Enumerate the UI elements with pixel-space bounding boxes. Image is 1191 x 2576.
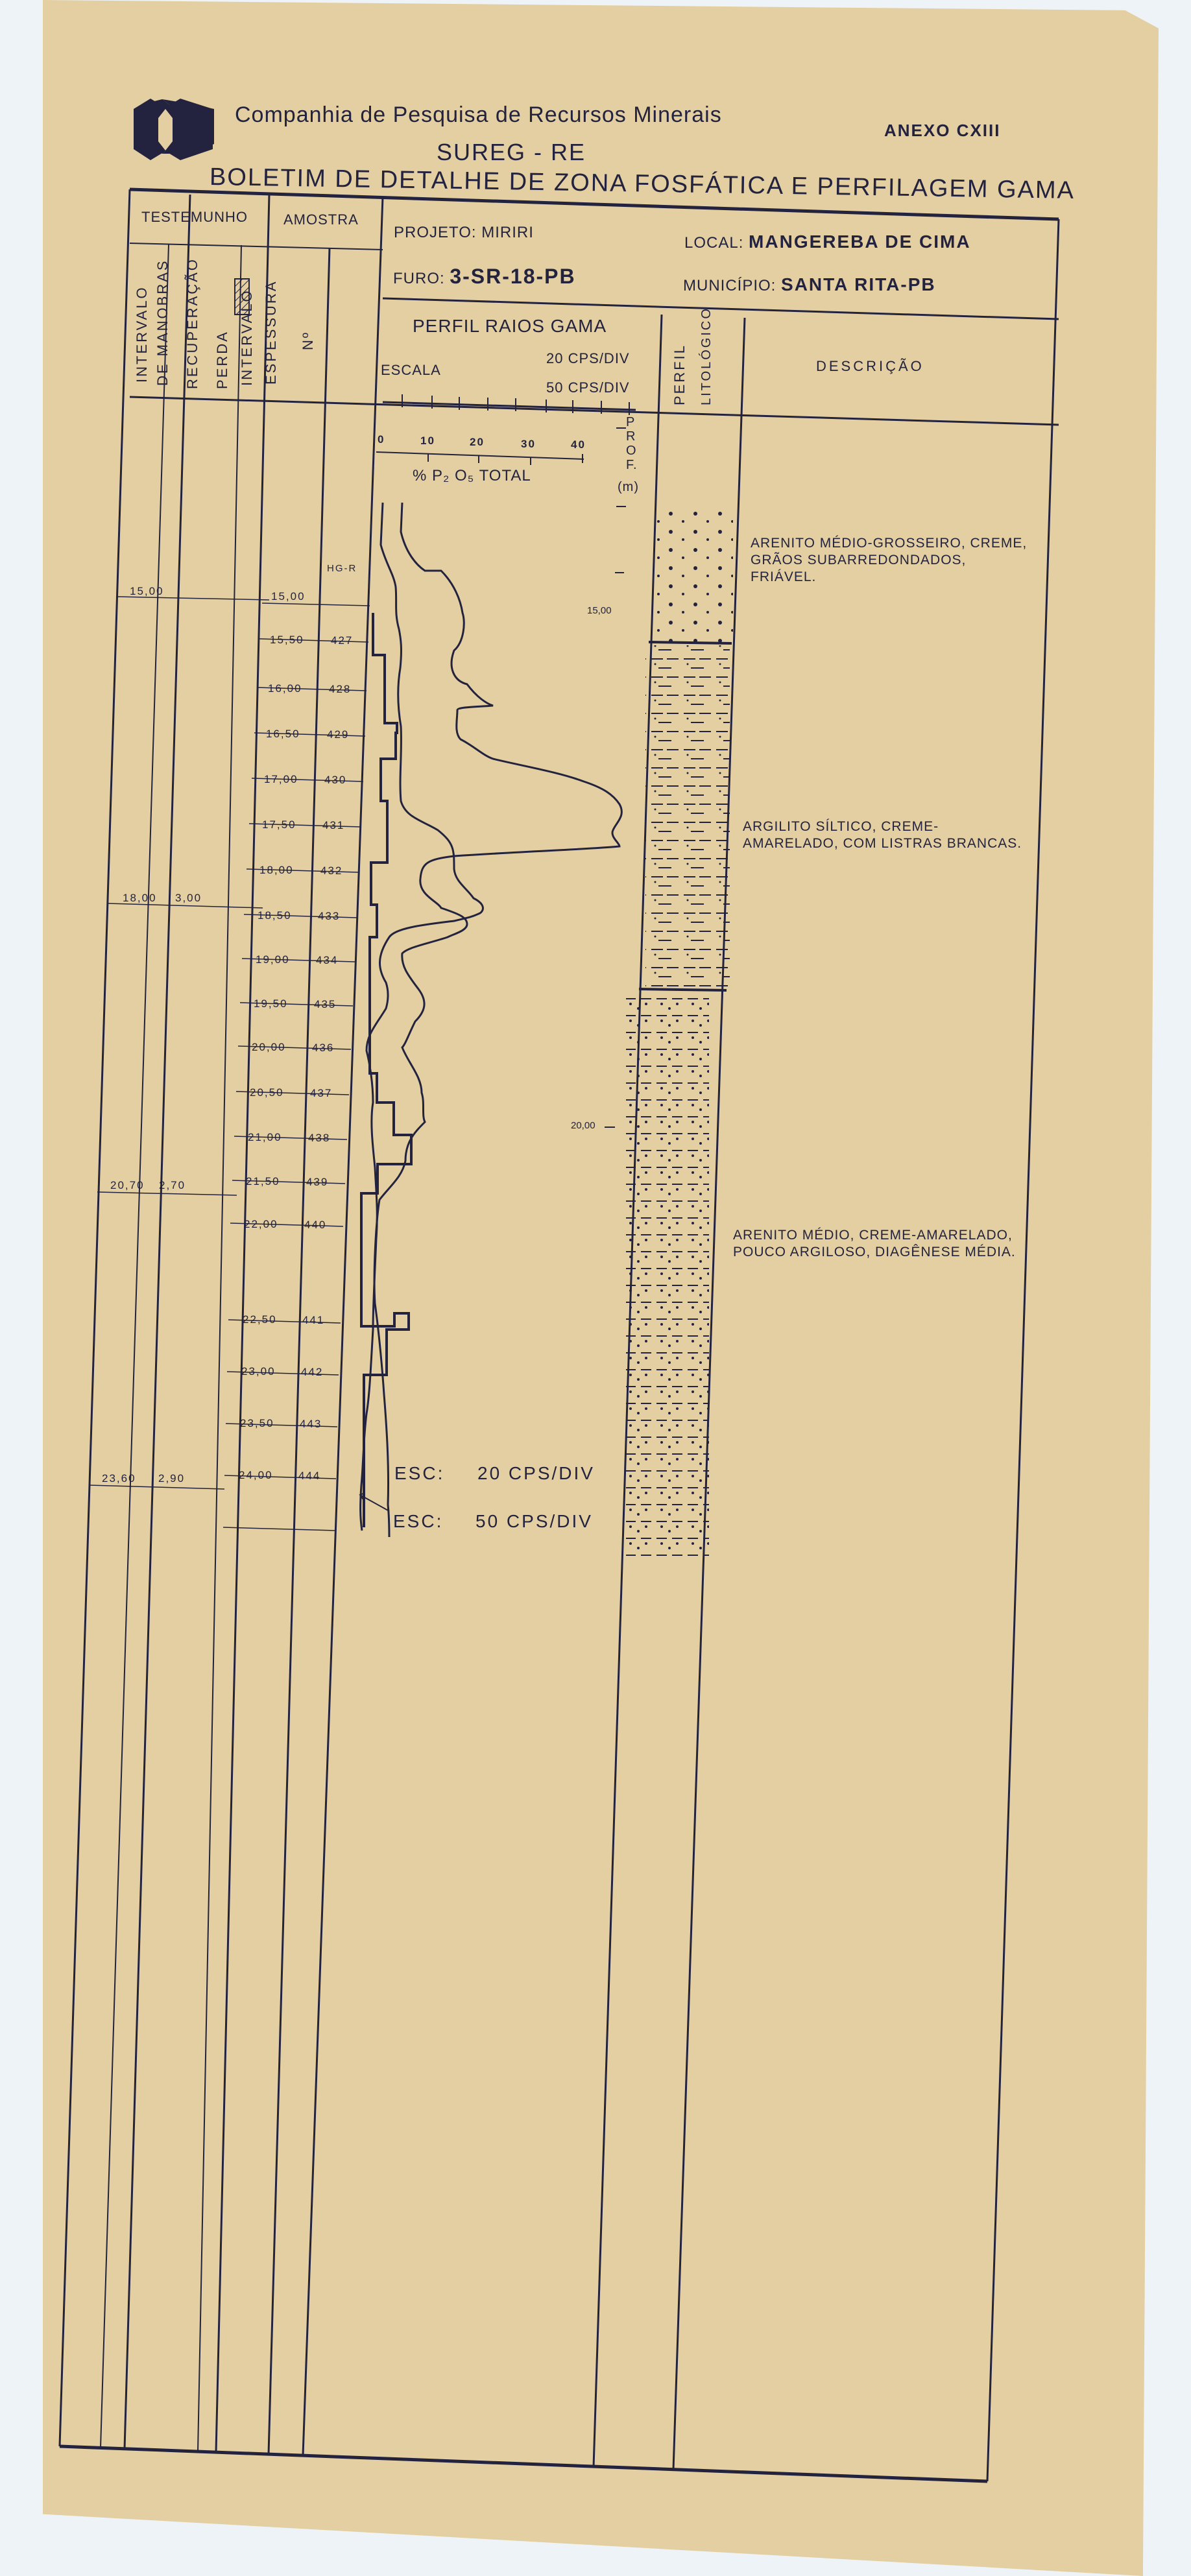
sample-depth: 18,50 bbox=[258, 909, 292, 922]
sample-no: 440 bbox=[304, 1219, 326, 1232]
depth-mark-20: 20,00 bbox=[571, 1120, 595, 1131]
sample-depth: 23,00 bbox=[241, 1365, 276, 1378]
sample-no: 430 bbox=[324, 774, 346, 787]
manobra-recovery: 2,90 bbox=[158, 1472, 185, 1485]
sample-depth: 19,50 bbox=[254, 997, 288, 1010]
p2o5-tick-30: 30 bbox=[521, 438, 536, 451]
p2o5-tick-40: 40 bbox=[571, 438, 586, 451]
sample-no: 438 bbox=[308, 1132, 330, 1145]
sample-no: 432 bbox=[320, 865, 343, 877]
manobra-depth: 20,70 bbox=[110, 1179, 145, 1192]
sample-no: 433 bbox=[318, 910, 340, 923]
sample-no: 429 bbox=[327, 728, 349, 741]
lithology-description-2: ARGILITO SÍLTICO, CREME-AMARELADO, COM L… bbox=[743, 818, 1028, 852]
lithology-description-3: ARENITO MÉDIO, CREME-AMARELADO, POUCO AR… bbox=[733, 1227, 1018, 1261]
escala-50-label: 50 CPS/DIV bbox=[546, 379, 630, 396]
sample-no: 428 bbox=[329, 683, 351, 696]
sample-depth: 20,00 bbox=[252, 1041, 286, 1054]
header-descricao: DESCRIÇÃO bbox=[816, 358, 924, 375]
sample-no: 443 bbox=[300, 1418, 322, 1431]
sample-depth: 16,00 bbox=[268, 682, 302, 695]
sample-depth: 21,50 bbox=[246, 1175, 280, 1188]
manobra-recovery: 2,70 bbox=[159, 1179, 186, 1192]
sample-depth: 18,00 bbox=[259, 864, 294, 877]
sample-depth: 19,00 bbox=[256, 953, 290, 966]
gamma-legend-20: 20 CPS/DIV bbox=[477, 1463, 595, 1484]
header-intervalo-manobras-2: DE MANOBRAS bbox=[154, 250, 171, 386]
sample-depth: 15,50 bbox=[270, 634, 304, 647]
perfil-gama-title: PERFIL RAIOS GAMA bbox=[413, 316, 607, 337]
sample-no: 435 bbox=[314, 998, 336, 1011]
sample-depth: 16,50 bbox=[266, 728, 300, 741]
sample-no: 444 bbox=[298, 1470, 320, 1483]
sample-no: 427 bbox=[331, 634, 353, 647]
manobra-depth: 18,00 bbox=[123, 892, 157, 905]
header-numero: Nº bbox=[300, 318, 317, 350]
samples-header: HG-R bbox=[327, 563, 357, 574]
local-value: MANGEREBA DE CIMA bbox=[749, 232, 971, 252]
p2o5-tick-10: 10 bbox=[420, 435, 435, 447]
municipio-value: SANTA RITA-PB bbox=[781, 274, 936, 294]
sample-depth: 23,50 bbox=[240, 1417, 274, 1430]
escala-20-label: 20 CPS/DIV bbox=[546, 350, 630, 367]
sample-no: 434 bbox=[316, 954, 338, 967]
header-intervalo-espessura-1: INTERVALO bbox=[239, 266, 256, 386]
local-field: LOCAL: MANGEREBA DE CIMA bbox=[684, 232, 971, 252]
sample-no: 439 bbox=[306, 1176, 328, 1189]
gamma-legend-esc-1: ESC: bbox=[394, 1463, 444, 1484]
gamma-legend-50: 50 CPS/DIV bbox=[475, 1511, 593, 1532]
furo-value: 3-SR-18-PB bbox=[450, 265, 575, 288]
header-amostra: AMOSTRA bbox=[283, 211, 359, 228]
company-name: Companhia de Pesquisa de Recursos Minera… bbox=[235, 102, 722, 128]
sample-depth: 15,00 bbox=[271, 590, 306, 603]
header-recuperacao: RECUPERAÇÃO bbox=[184, 259, 201, 389]
gamma-legend-esc-2: ESC: bbox=[393, 1511, 443, 1532]
header-perda: PERDA bbox=[214, 331, 231, 389]
escala-label: ESCALA bbox=[381, 362, 441, 379]
sample-no: 437 bbox=[310, 1087, 332, 1100]
sample-depth: 20,50 bbox=[250, 1086, 284, 1099]
division-label: SUREG - RE bbox=[437, 139, 586, 166]
prof-unit: (m) bbox=[618, 480, 639, 495]
manobra-recovery: 3,00 bbox=[175, 892, 202, 905]
furo-field: FURO: 3-SR-18-PB bbox=[393, 265, 576, 289]
header-intervalo-espessura-2: ESPESSURA bbox=[263, 265, 280, 385]
manobra-depth: 23,60 bbox=[102, 1472, 136, 1485]
municipio-field: MUNICÍPIO: SANTA RITA-PB bbox=[683, 274, 936, 295]
sample-no: 431 bbox=[322, 819, 344, 832]
prof-label: P R O F. bbox=[626, 415, 635, 472]
sample-no: 441 bbox=[302, 1314, 324, 1327]
manobra-depth: 15,00 bbox=[130, 585, 164, 598]
p2o5-tick-20: 20 bbox=[470, 436, 485, 449]
annex-label: ANEXO CXIII bbox=[884, 121, 1000, 141]
sample-depth: 24,00 bbox=[239, 1469, 273, 1482]
depth-mark-15: 15,00 bbox=[587, 605, 612, 616]
sample-depth: 21,00 bbox=[248, 1131, 282, 1144]
p2o5-tick-0: 0 bbox=[378, 433, 385, 446]
sample-depth: 17,00 bbox=[264, 773, 298, 786]
sample-no: 436 bbox=[312, 1042, 334, 1055]
sample-no: 442 bbox=[301, 1366, 323, 1379]
p2o5-label: % P₂ O₅ TOTAL bbox=[413, 467, 531, 485]
header-perfil-2: LITOLÓGICO bbox=[699, 321, 714, 405]
lithology-description-1: ARENITO MÉDIO-GROSSEIRO, CREME, GRÃOS SU… bbox=[751, 535, 1036, 586]
sample-depth: 22,00 bbox=[244, 1218, 278, 1231]
projeto-value: MIRIRI bbox=[481, 224, 534, 241]
header-perfil-1: PERFIL bbox=[671, 344, 688, 405]
header-testemunho: TESTEMUNHO bbox=[141, 209, 248, 226]
sample-depth: 17,50 bbox=[262, 818, 296, 831]
sample-depth: 22,50 bbox=[243, 1313, 277, 1326]
projeto-label: PROJETO: MIRIRI bbox=[394, 224, 534, 242]
header-intervalo-manobras-1: INTERVALO bbox=[134, 259, 150, 383]
